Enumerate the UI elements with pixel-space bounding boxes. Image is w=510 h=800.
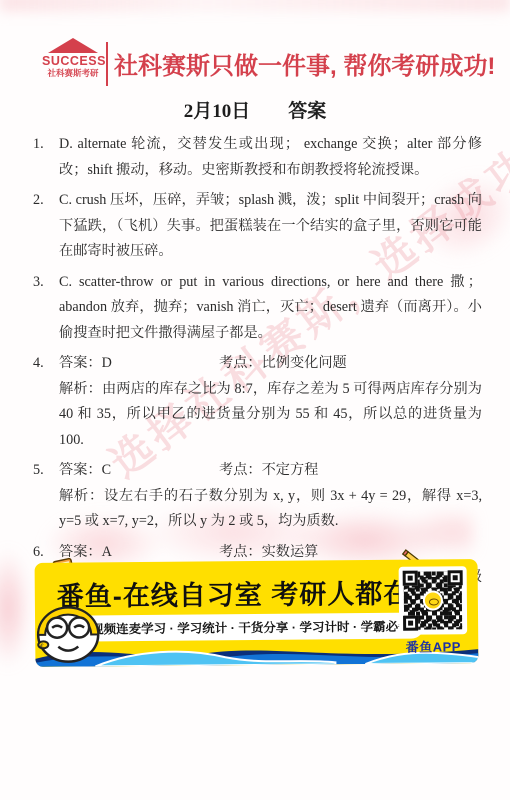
qr-label: 番鱼APP <box>396 636 470 656</box>
logo-brand-text: SUCCESS <box>42 54 104 68</box>
item-body: 答案：C 考点：不定方程 解析：设左右手的石子数分别为 x, y，则 3x + … <box>59 458 482 535</box>
list-item: 1. D. alternate 轮流，交替发生或出现； exchange 交换；… <box>33 132 482 183</box>
answer-row: 答案：C 考点：不定方程 <box>59 458 482 484</box>
qr-finder-icon <box>448 570 463 585</box>
header-slogan: 社科赛斯只做一件事, 帮你考研成功! <box>114 46 498 81</box>
page-title: 2月10日答案 <box>0 96 510 123</box>
list-item: 2. C. crush 压坏，压碎，弄皱；splash 溅，泼；split 中间… <box>33 188 482 265</box>
document-page: 选择社科赛斯，选择成功 SUCCESS 社科赛斯考研 社科赛斯只做一件事, 帮你… <box>0 0 510 800</box>
list-item: 4. 答案：D 考点：比例变化问题 解析：由两店的库存之比为 8:7，库存之差为… <box>33 351 482 453</box>
qr-code <box>399 566 468 635</box>
item-number: 3. <box>33 270 59 347</box>
watercolor-blob-top <box>0 0 510 10</box>
header-divider <box>106 42 108 86</box>
item-number: 2. <box>33 188 59 265</box>
qr-center-logo-icon <box>423 590 443 610</box>
explanation-text: 解析：由两店的库存之比为 8:7，库存之差为 5 可得两店库存分别为 40 和 … <box>59 377 482 454</box>
item-number: 4. <box>33 351 59 453</box>
item-text: C. crush 压坏，压碎，弄皱；splash 溅，泼；split 中间裂开；… <box>59 188 482 265</box>
banner-headline: 番鱼-在线自习室 考研人都在用 <box>57 571 440 613</box>
answer-value: 答案：C <box>59 458 219 484</box>
logo-sub-text: 社科赛斯考研 <box>42 68 104 78</box>
title-label: 答案 <box>288 101 326 122</box>
qr-finder-icon <box>403 616 418 631</box>
qr-block: 番鱼APP <box>396 566 471 656</box>
explanation-text: 解析：设左右手的石子数分别为 x, y，则 3x + 4y = 29，解得 x=… <box>59 484 482 535</box>
item-number: 1. <box>33 132 59 183</box>
qr-finder-icon <box>403 571 418 586</box>
answer-value: 答案：D <box>59 351 219 377</box>
watercolor-blob-left <box>0 548 30 668</box>
item-number: 5. <box>33 458 59 535</box>
list-item: 5. 答案：C 考点：不定方程 解析：设左右手的石子数分别为 x, y，则 3x… <box>33 458 482 535</box>
pufferfish-mascot-icon: € <box>35 594 106 667</box>
topic-value: 考点：比例变化问题 <box>219 351 347 377</box>
title-date: 2月10日 <box>184 101 251 122</box>
success-logo: SUCCESS 社科赛斯考研 <box>42 38 104 78</box>
ad-banner: 番鱼-在线自习室 考研人都在用 视频连麦学习 · 学习统计 · 干货分享 · 学… <box>35 559 479 667</box>
answer-row: 答案：D 考点：比例变化问题 <box>59 351 482 377</box>
item-text: C. scatter-throw or put in various direc… <box>59 270 482 347</box>
item-body: 答案：D 考点：比例变化问题 解析：由两店的库存之比为 8:7，库存之差为 5 … <box>59 351 482 453</box>
item-text: D. alternate 轮流，交替发生或出现； exchange 交换；alt… <box>59 132 482 183</box>
list-item: 3. C. scatter-throw or put in various di… <box>33 270 482 347</box>
roof-icon <box>48 38 98 53</box>
topic-value: 考点：不定方程 <box>219 458 318 484</box>
